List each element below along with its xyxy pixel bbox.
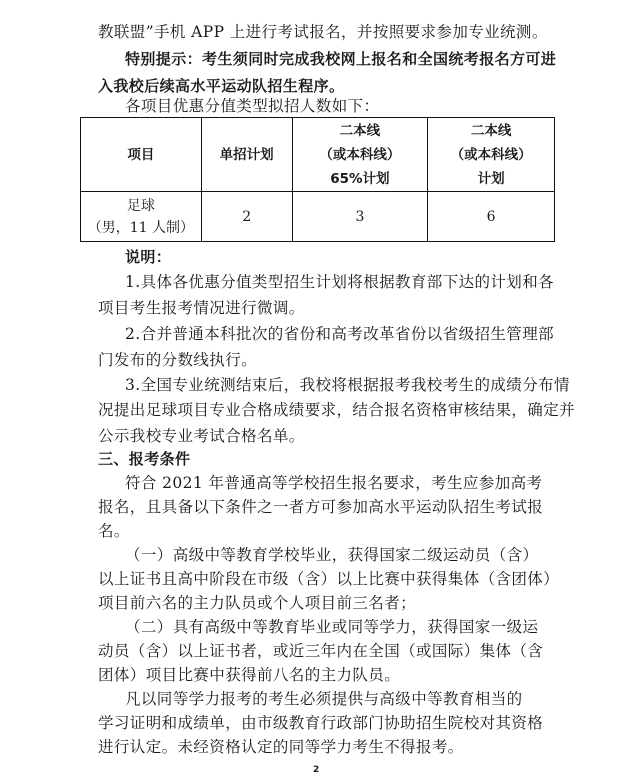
section3-heading: 三、报考条件 bbox=[98, 449, 190, 469]
header-single-recruit: 单招计划 bbox=[201, 118, 292, 192]
cell-line-65: 3 bbox=[292, 192, 428, 242]
section3-para1-line2: 报名，且具备以下条件之一者方可参加高水平运动队招生考试报 bbox=[98, 497, 543, 517]
table-intro: 各项目优惠分值类型拟招人数如下： bbox=[125, 96, 379, 116]
note-1-line1: 1.具体各优惠分值类型招生计划将根据教育部下达的计划和各 bbox=[125, 272, 554, 292]
cell-line-full: 6 bbox=[428, 192, 555, 242]
header-line-65: 二本线（或本科线）65%计划 bbox=[292, 118, 428, 192]
header-project: 项目 bbox=[81, 118, 202, 192]
special-notice-line2: 入我校后续高水平运动队招生程序。 bbox=[98, 76, 344, 96]
note-3-line3: 公示我校专业考试合格名单。 bbox=[98, 426, 305, 446]
note-1-line2: 项目考生报考情况进行微调。 bbox=[98, 298, 305, 318]
note-3-line1: 3.全国专业统测结束后，我校将根据报考我校考生的成绩分布情 bbox=[125, 375, 570, 395]
note-3-line2: 况提出足球项目专业合格成绩要求，结合报名资格审核结果，确定并 bbox=[98, 400, 575, 420]
table-row: 足球（男，11 人制） 2 3 6 bbox=[81, 192, 555, 242]
equivalent-para-line1: 凡以同等学力报考的考生必须提供与高级中等教育相当的 bbox=[125, 689, 523, 709]
intro-line: 教联盟”手机 APP 上进行考试报名，并按照要求参加专业统测。 bbox=[98, 22, 548, 42]
notes-title: 说明： bbox=[125, 247, 171, 267]
condition2-line2: 动员（含）以上证书者，或近三年内在全国（或国际）集体（含 bbox=[98, 641, 543, 661]
quota-table: 项目 单招计划 二本线（或本科线）65%计划 二本线（或本科线）计划 足球（男，… bbox=[80, 117, 555, 242]
special-notice-line1: 特别提示：考生须同时完成我校网上报名和全国统考报名方可进 bbox=[125, 49, 556, 69]
page-number: 2 bbox=[313, 765, 319, 775]
cell-project: 足球（男，11 人制） bbox=[81, 192, 202, 242]
condition2-line3: 团体）项目比赛中获得前八名的主力队员。 bbox=[98, 665, 400, 685]
note-2-line1: 2.合并普通本科批次的省份和高考改革省份以省级招生管理部 bbox=[125, 324, 554, 344]
table-header-row: 项目 单招计划 二本线（或本科线）65%计划 二本线（或本科线）计划 bbox=[81, 118, 555, 192]
section3-para1-line1: 符合 2021 年普通高等学校招生报名要求，考生应参加高考 bbox=[125, 473, 542, 493]
condition1-line2: 以上证书且高中阶段在市级（含）以上比赛中获得集体（含团体） bbox=[98, 569, 559, 589]
condition1-line1: （一）高级中等教育学校毕业，获得国家二级运动员（含） bbox=[125, 545, 538, 565]
section3-para1-line3: 名。 bbox=[98, 521, 130, 541]
condition1-line3: 项目前六名的主力队员或个人项目前三名者； bbox=[98, 593, 416, 613]
condition2-line1: （二）具有高级中等教育毕业或同等学力，获得国家一级运 bbox=[125, 617, 538, 637]
cell-single-recruit: 2 bbox=[201, 192, 292, 242]
equivalent-para-line3: 进行认定。未经资格认定的同等学力考生不得报考。 bbox=[98, 737, 464, 757]
equivalent-para-line2: 学习证明和成绩单，由市级教育行政部门协助招生院校对其资格 bbox=[98, 713, 543, 733]
note-2-line2: 门发布的分数线执行。 bbox=[98, 350, 257, 370]
header-line-full: 二本线（或本科线）计划 bbox=[428, 118, 555, 192]
